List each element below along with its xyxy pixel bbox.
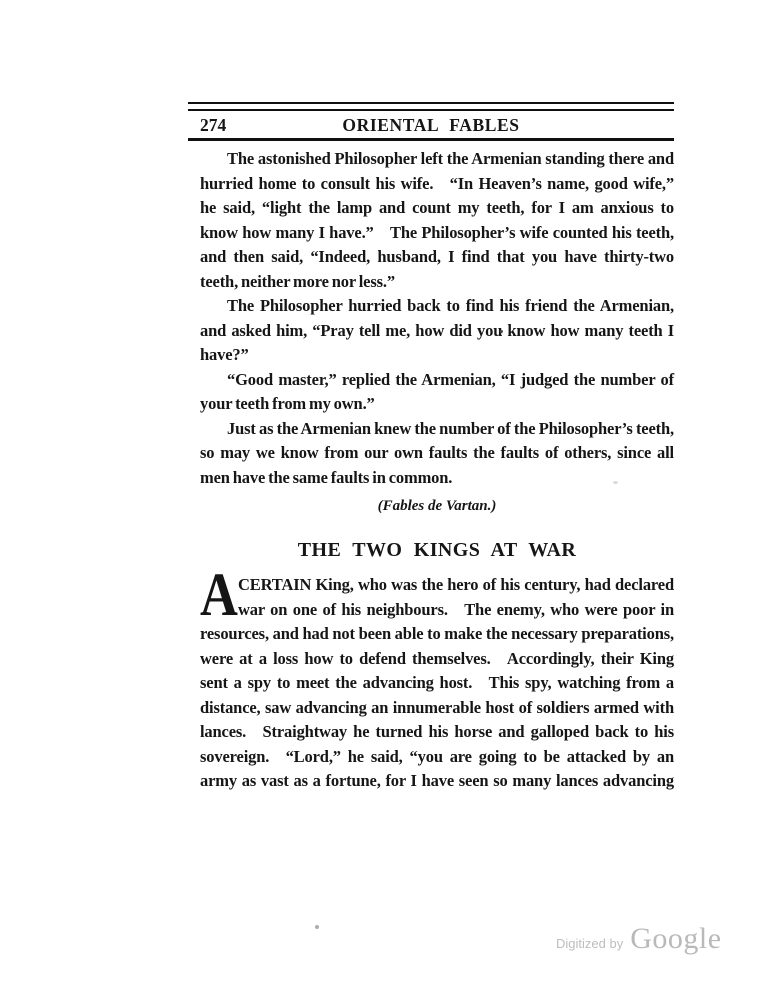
scan-artifact-speck (613, 481, 618, 484)
text-line: teeth, neither more nor less.” (200, 270, 674, 295)
text-line: The astonished Philosopher left the Arme… (200, 147, 674, 172)
text-line: men have the same faults in common. (200, 466, 674, 491)
digitized-watermark: Digitized by Google (556, 922, 722, 956)
google-logo: Google (630, 922, 721, 956)
text-line: so may we know from our own faults the f… (200, 441, 674, 466)
text-line: distance, saw advancing an innumerable h… (200, 696, 674, 721)
watermark-prefix: Digitized by (556, 936, 623, 951)
text-line: your teeth from my own.” (200, 392, 674, 417)
text-line: hurried home to consult his wife. “In He… (200, 172, 674, 197)
paragraph: “Good master,” replied the Armenian, “I … (200, 368, 674, 417)
text-line: sent a spy to meet the advancing host. T… (200, 671, 674, 696)
running-title: ORIENTAL FABLES (188, 115, 674, 136)
fable-attribution: (Fables de Vartan.) (200, 498, 674, 514)
header-bottom-rule (188, 138, 674, 141)
dropcap-paragraph: A CERTAIN King, who was the hero of his … (200, 573, 674, 794)
text-line: have?” (200, 343, 674, 368)
fable-end-paragraphs: The astonished Philosopher left the Arme… (200, 147, 674, 490)
running-header: 274 ORIENTAL FABLES (188, 111, 674, 138)
paragraph: The Philosopher hurried back to find his… (200, 294, 674, 368)
text-line: and then said, “Indeed, husband, I find … (200, 245, 674, 270)
text-line: “Good master,” replied the Armenian, “I … (200, 368, 674, 393)
text-line: and asked him, “Pray tell me, how did yo… (200, 319, 674, 344)
section-heading: THE TWO KINGS AT WAR (200, 540, 674, 560)
text-line: were at a loss how to defend themselves.… (200, 647, 674, 672)
page-content: 274 ORIENTAL FABLES The astonished Philo… (188, 102, 674, 794)
paragraph: The astonished Philosopher left the Arme… (200, 147, 674, 294)
text-line: CERTAIN King, who was the hero of his ce… (200, 573, 674, 598)
text-line: sovereign. “Lord,” he said, “you are goi… (200, 745, 674, 770)
text-line: The Philosopher hurried back to find his… (200, 294, 674, 319)
text-line: lances. Straightway he turned his horse … (200, 720, 674, 745)
text-line: war on one of his neighbours. The enemy,… (200, 598, 674, 623)
text-line: resources, and had not been able to make… (200, 622, 674, 647)
scan-artifact-speck (500, 330, 503, 333)
scanned-book-page: 274 ORIENTAL FABLES The astonished Philo… (0, 0, 777, 1000)
text-line: army as vast as a fortune, for I have se… (200, 769, 674, 794)
text-line: Just as the Armenian knew the number of … (200, 417, 674, 442)
text-line: know how many I have.” The Philosopher’s… (200, 221, 674, 246)
drop-cap-letter: A (200, 570, 233, 623)
body-text: The astonished Philosopher left the Arme… (200, 147, 674, 794)
scan-artifact-speck (315, 925, 319, 929)
paragraph: Just as the Armenian knew the number of … (200, 417, 674, 491)
text-line: he said, “light the lamp and count my te… (200, 196, 674, 221)
header-top-rule (188, 102, 674, 111)
